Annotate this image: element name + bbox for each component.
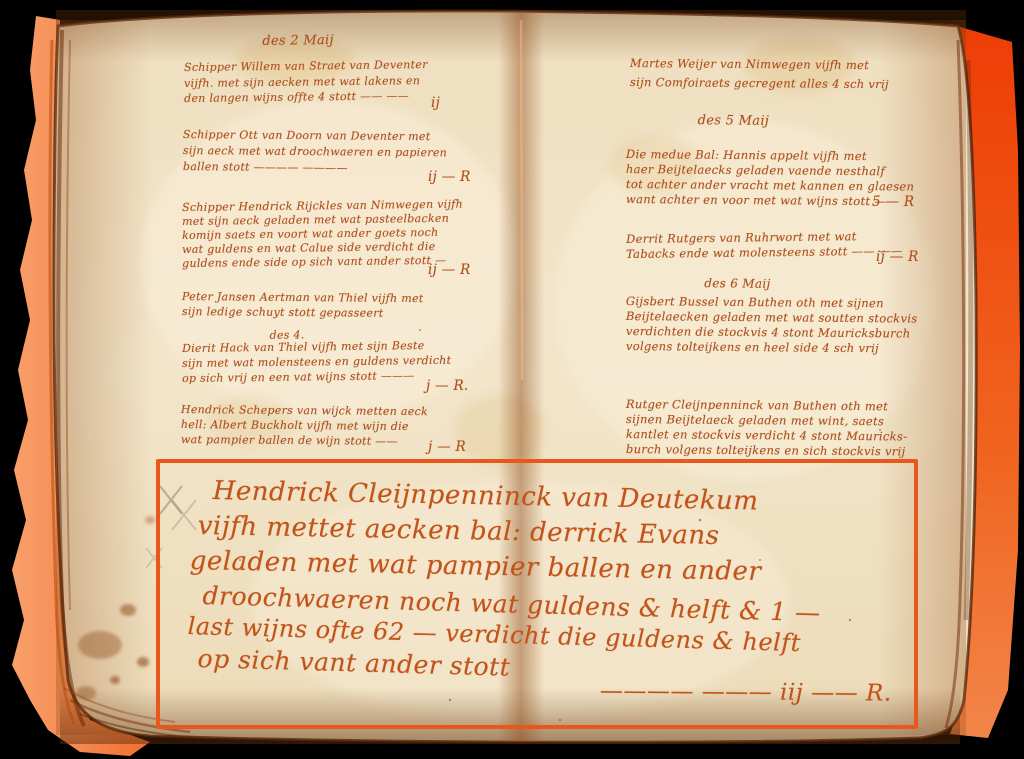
entry-line: hell: Albert Buckholt vijfh met wijn die	[181, 419, 409, 432]
entry-line: sijn ledige schuyt stott gepasseert	[182, 306, 384, 319]
entry-line: Schipper Willem van Straet van Deventer	[184, 59, 428, 73]
entry-line: Derrit Rutgers van Ruhrwort met wat	[626, 231, 857, 245]
entry-line: Schipper Hendrick Rijckles van Nimwegen …	[182, 199, 463, 213]
entry-line: vijfh. met sijn aecken met wat lakens en	[184, 75, 420, 89]
entry-amount: ij — R	[428, 171, 471, 185]
entry-line: ballen stott ———— ————	[183, 161, 348, 173]
entry-line: sijn aeck met wat droochwaeren en papier…	[183, 145, 447, 158]
entry-line: sijn met wat molensteens en guldens verd…	[182, 355, 451, 369]
entry-line: want achter en voor met wat wijns stott …	[626, 194, 886, 208]
entry-line: Dierit Hack van Thiel vijfh met sijn Bes…	[182, 340, 425, 354]
entry-amount: 5 — R	[872, 196, 914, 210]
entry-line: komijn saets en voort wat ander goets no…	[182, 227, 438, 241]
entry-line: met sijn aeck geladen met wat pasteelbac…	[182, 213, 449, 227]
entry-amount: j — R.	[426, 380, 469, 394]
entry-line: Rutger Cleijnpenninck van Buthen oth met	[626, 399, 888, 413]
entry-amount: ij	[431, 97, 440, 111]
entry-amount: ij — R	[876, 251, 919, 265]
entry-line: volgens tolteijkens en heel side 4 sch v…	[626, 341, 879, 355]
entry-line: tot achter ander vracht met kannen en gl…	[626, 179, 914, 193]
entry-line: den langen wijns offte 4 stott —— ——	[184, 90, 409, 104]
entry-line: Die medue Bal: Hannis appelt vijfh met	[626, 149, 867, 163]
date-heading-may5: des 5 Maij	[681, 114, 786, 128]
entry-line: Hendrick Schepers van wijck metten aeck	[181, 404, 428, 417]
entry-line: kantlet en stockvis verdicht 4 stont Mau…	[626, 429, 907, 443]
entry-line: Beijtelaecken geladen met wat soutten st…	[626, 311, 918, 325]
entry-line: haer Beijtelaecks geladen vaende nesthal…	[626, 164, 885, 178]
entry-line: geladen met wat pampier ballen en ander	[190, 548, 762, 585]
entry-amount: ———— ——— iij —— R.	[600, 680, 892, 706]
entry-line: sijn Comfoiraets gecregent alles 4 sch v…	[630, 77, 889, 91]
entry-line: wat pampier ballen de wijn stott ——	[181, 434, 398, 447]
entry-line: op sich vant ander stott	[197, 646, 510, 680]
entry-amount: j — R	[428, 441, 466, 455]
entry-line: vijfh mettet aecken bal: derrick Evans	[198, 513, 720, 549]
manuscript-text-layer: des 2 Maij Schipper Willem van Straet va…	[0, 0, 1024, 759]
date-heading-may6: des 6 Maij	[690, 277, 785, 290]
entry-amount: ij — R	[428, 264, 471, 278]
entry-line: Martes Weijer van Nimwegen vijfh met	[630, 58, 869, 72]
entry-line: op sich vrij en een vat wijns stott ———	[182, 370, 415, 384]
date-heading-may4: des 4.	[252, 329, 322, 341]
entry-line: sijnen Beijtelaeck geladen met wint, sae…	[626, 414, 884, 428]
entry-line: Peter Jansen Aertman van Thiel vijfh met	[182, 291, 424, 304]
entry-line: burch volgens tolteijkens en sich stockv…	[626, 444, 906, 458]
entry-line: Hendrick Cleijnpenninck van Deutekum	[213, 478, 759, 514]
entry-line: Tabacks ende wat molensteens stott —— ——	[626, 246, 903, 261]
entry-line: Schipper Ott van Doorn van Deventer met	[183, 129, 431, 142]
date-heading-may2: des 2 Maij	[248, 34, 348, 48]
entry-line: guldens ende side op sich vant ander sto…	[182, 255, 446, 269]
manuscript-photo: des 2 Maij Schipper Willem van Straet va…	[0, 0, 1024, 759]
entry-line: verdichten die stockvis 4 stont Mauricks…	[626, 326, 911, 340]
entry-line: wat guldens en wat Calue side verdicht d…	[182, 241, 436, 255]
entry-line: Gijsbert Bussel van Buthen oth met sijne…	[626, 296, 884, 310]
